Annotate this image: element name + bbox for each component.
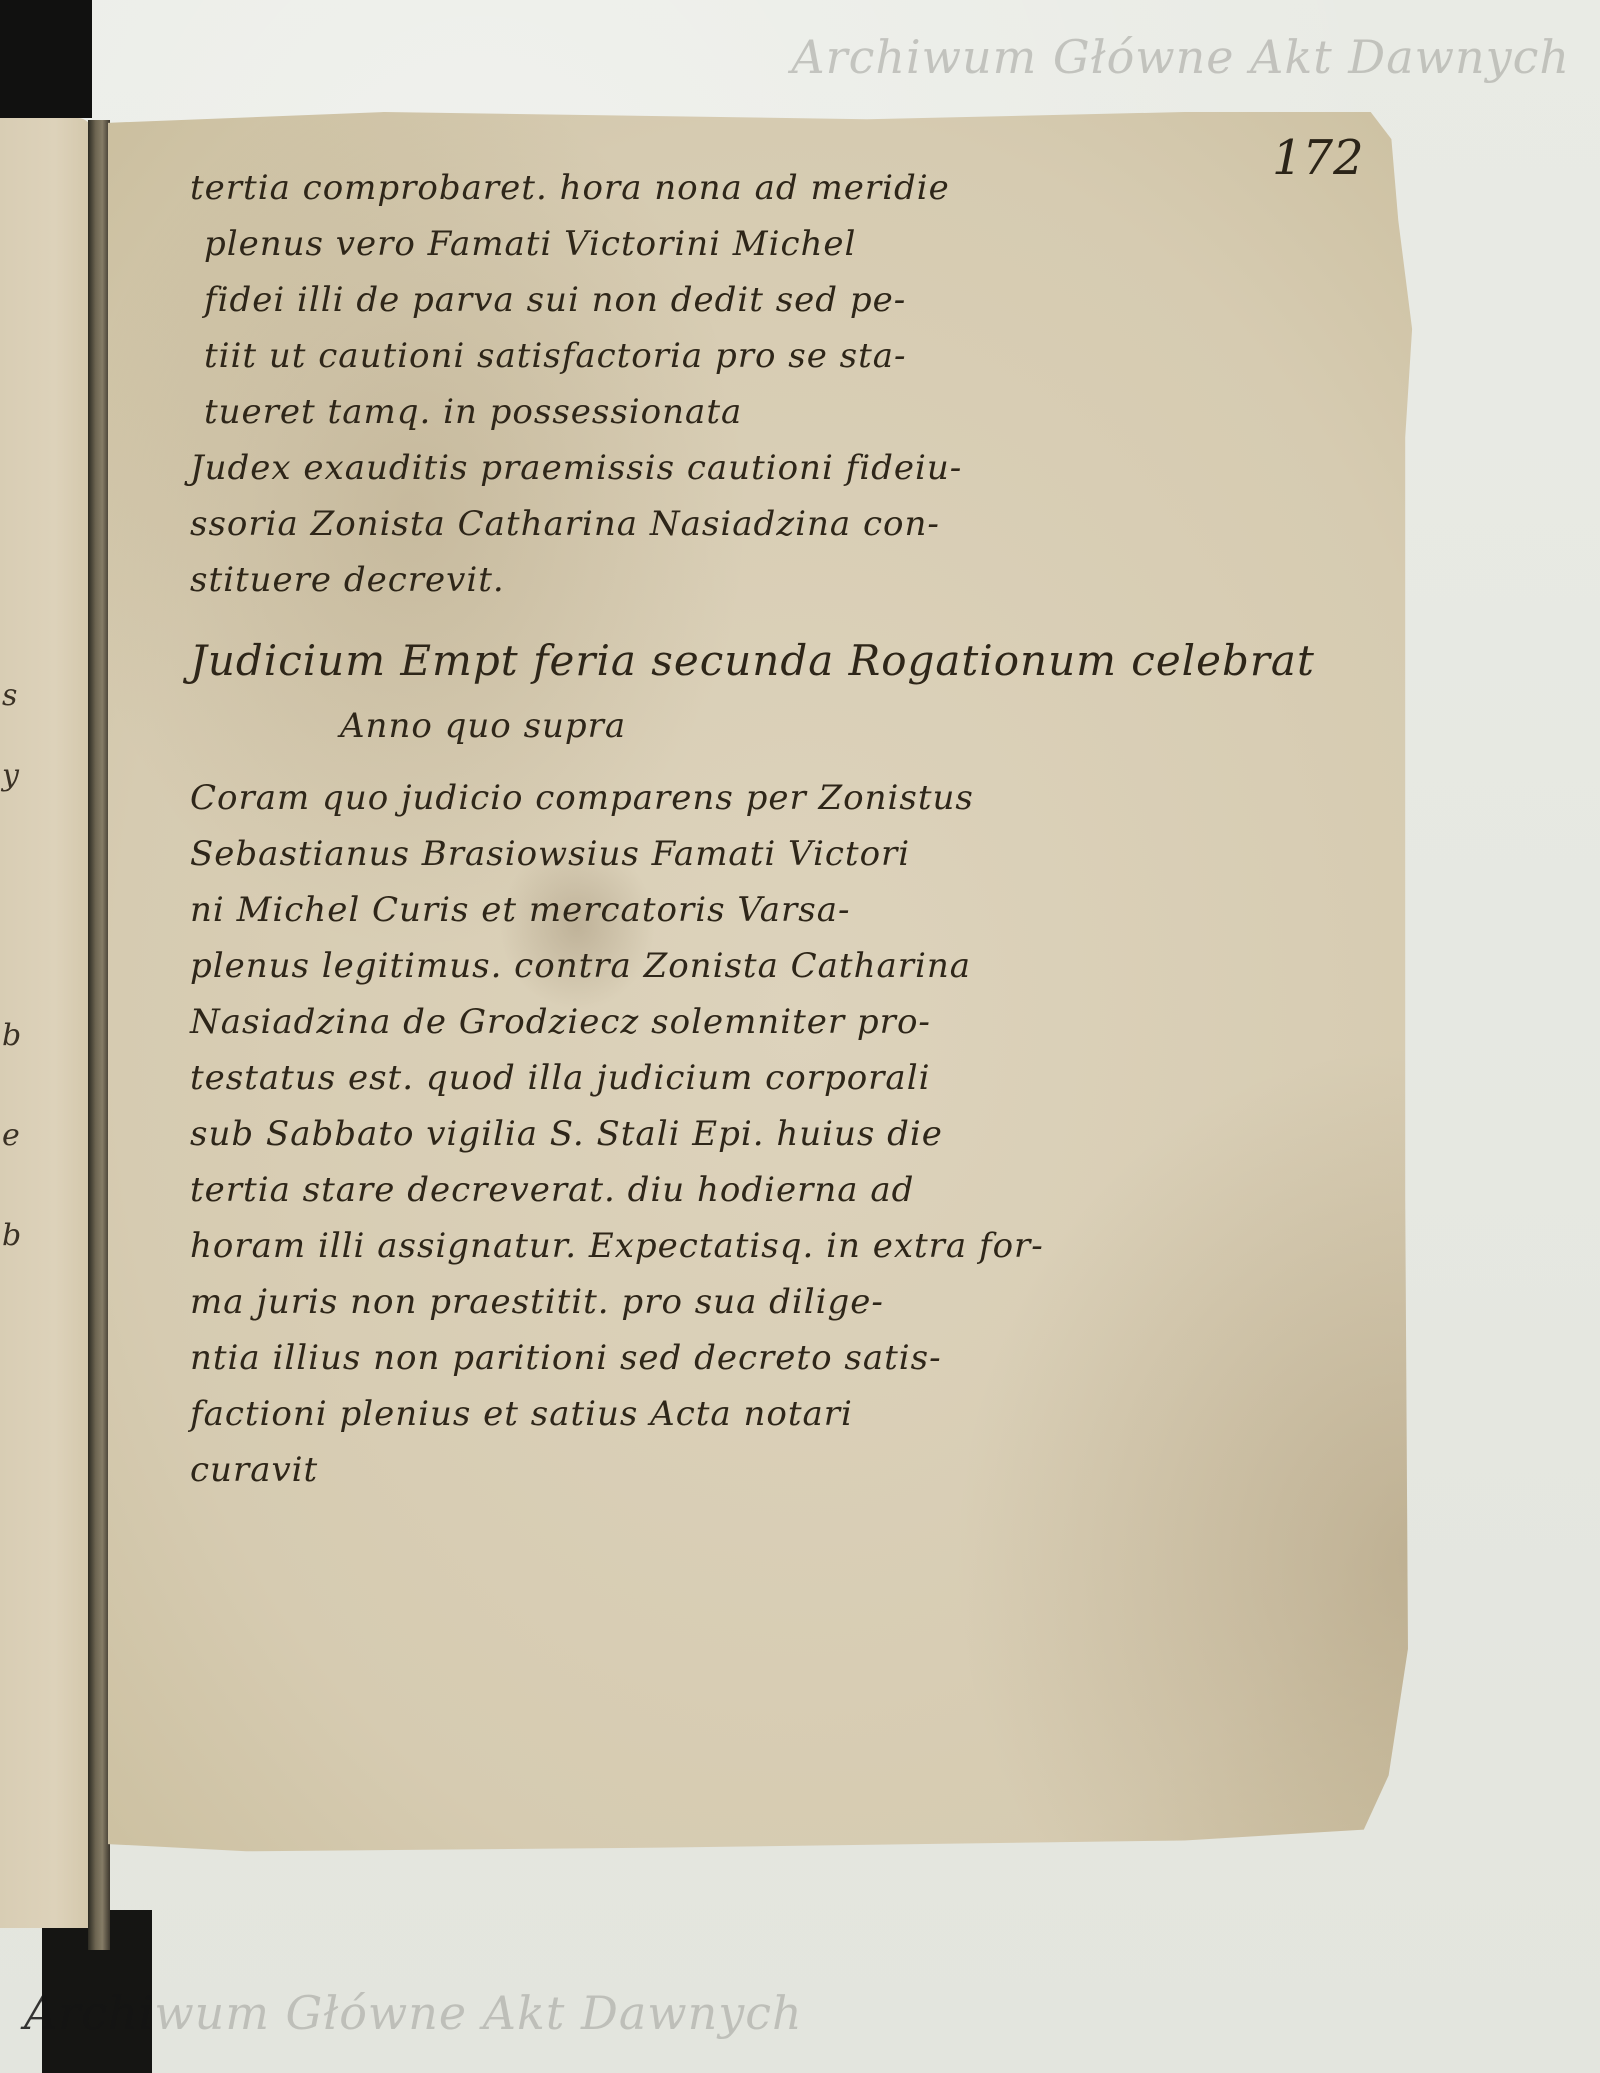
text-line: ma juris non praestitit. pro sua dilige- [190,1274,1290,1330]
manuscript-text: tertia comprobaret. hora nona ad meridie… [190,160,1290,1498]
book-spine [88,120,110,1950]
text-line: tueret tamq. in possessionata [190,384,1290,440]
text-line: fidei illi de parva sui non dedit sed pe… [190,272,1290,328]
text-line: curavit [190,1442,1290,1498]
margin-fragment: y [2,758,19,793]
text-line: Sebastianus Brasiowsius Famati Victori [190,826,1290,882]
text-line: plenus legitimus. contra Zonista Cathari… [190,938,1290,994]
archive-watermark-bottom: Archiwum Główne Akt Dawnych [24,1986,803,2040]
margin-fragment: e [2,1118,20,1153]
margin-fragment: b [2,1218,21,1253]
text-line: horam illi assignatur. Expectatisq. in e… [190,1218,1290,1274]
text-line: ntia illius non paritioni sed decreto sa… [190,1330,1290,1386]
watermark-light-part: wum Główne Akt Dawnych [154,1986,802,2040]
watermark-dark-part: Archi [24,1986,154,2040]
text-line: tertia comprobaret. hora nona ad meridie [190,160,1290,216]
section-subheading: Anno quo supra [190,698,1290,754]
text-line: tertia stare decreverat. diu hodierna ad [190,1162,1290,1218]
archive-watermark-top: Archiwum Główne Akt Dawnych [791,30,1570,84]
scan-black-strip-top [0,0,92,118]
text-line: Judex exauditis praemissis cautioni fide… [190,440,1290,496]
margin-fragment: b [2,1018,21,1053]
text-line: sub Sabbato vigilia S. Stali Epi. huius … [190,1106,1290,1162]
text-line: ssoria Zonista Catharina Nasiadzina con- [190,496,1290,552]
text-line: Coram quo judicio comparens per Zonistus [190,770,1290,826]
previous-page-edge: s y b e b [0,118,92,1928]
text-line: stituere decrevit. [190,552,1290,608]
text-line: plenus vero Famati Victorini Michel [190,216,1290,272]
margin-fragment: s [2,678,17,713]
text-line: factioni plenius et satius Acta notari [190,1386,1290,1442]
text-line: Nasiadzina de Grodziecz solemniter pro- [190,994,1290,1050]
section-heading: Judicium Empt feria secunda Rogationum c… [190,624,1290,698]
text-line: tiit ut cautioni satisfactoria pro se st… [190,328,1290,384]
text-line: ni Michel Curis et mercatoris Varsa- [190,882,1290,938]
text-line: testatus est. quod illa judicium corpora… [190,1050,1290,1106]
